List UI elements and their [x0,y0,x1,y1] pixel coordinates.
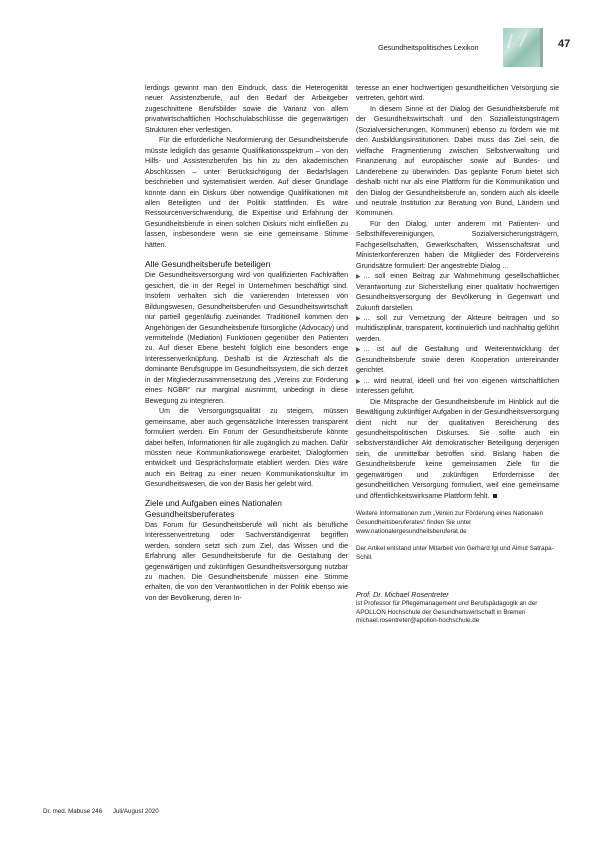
paragraph: Die Gesundheitsversorgung wird von quali… [145,271,348,407]
author-email[interactable]: michael.rosentreter@apollon-hochschule.d… [356,617,559,626]
page-footer: Dr. med. Mabuse 246 Juli/August 2020 [43,808,159,815]
triangle-bullet-icon: ▶ [356,272,363,282]
author-bio: ist Professor für Pflegemanagement und B… [356,600,559,617]
issue-date: Juli/August 2020 [113,808,159,815]
bullet-item: ▶… soll zur Vernetzung der Akteure beitr… [356,314,559,345]
right-column: teresse an einer hochwertigen gesundheit… [356,84,559,626]
header-photo-icon [503,28,543,67]
paragraph: Für den Dialog, unter anderem mit Patien… [356,220,559,272]
paragraph: Das Forum für Gesundheitsberufe will nic… [145,521,348,605]
paragraph-text: Die Mitsprache der Gesundheitsberufe im … [356,399,559,500]
paragraph: lerdings gewinnt man den Eindruck, dass … [145,84,348,136]
bullet-item: ▶… wird neutral, ideell und frei von eig… [356,377,559,398]
bullet-item: ▶… soll einen Beitrag zur Wahrnehmung ge… [356,272,559,314]
page-header: Gesundheitspolitisches Lexikon 47 [0,0,595,70]
section-heading: Ziele und Aufgaben eines Nationalen Gesu… [145,498,348,520]
paragraph: Um die Versorgungsqualität zu steigern, … [145,407,348,491]
end-of-article-icon [493,494,497,498]
section-heading: Alle Gesundheitsberufe beteiligen [145,259,348,270]
bullet-text: … soll einen Beitrag zur Wahrnehmung ges… [356,273,559,311]
triangle-bullet-icon: ▶ [356,377,363,387]
page-number: 47 [558,38,570,50]
triangle-bullet-icon: ▶ [356,345,363,355]
paragraph: Für die erforderliche Neuformierung der … [145,136,348,251]
journal-name: Dr. med. Mabuse 246 [43,808,102,815]
bullet-text: … soll zur Vernetzung der Akteure beitra… [356,315,559,343]
bullet-item: ▶… ist auf die Gestaltung und Weiterentw… [356,345,559,376]
paragraph: teresse an einer hochwertigen gesundheit… [356,84,559,105]
section-title: Gesundheitspolitisches Lexikon [378,43,479,52]
bullet-text: … ist auf die Gestaltung und Weiterentwi… [356,346,559,374]
info-note: Weitere Informationen zum „Verein zur Fö… [356,510,559,537]
left-column: lerdings gewinnt man den Eindruck, dass … [145,84,348,604]
paragraph: Die Mitsprache der Gesundheitsberufe im … [356,398,559,503]
contributor-note: Der Artikel entstand unter Mitarbeit von… [356,545,559,563]
paragraph: In diesem Sinne ist der Dialog der Gesun… [356,105,559,220]
author-name: Prof. Dr. Michael Rosentreter [356,590,559,600]
bullet-text: … wird neutral, ideell und frei von eige… [356,378,559,395]
triangle-bullet-icon: ▶ [356,314,363,324]
